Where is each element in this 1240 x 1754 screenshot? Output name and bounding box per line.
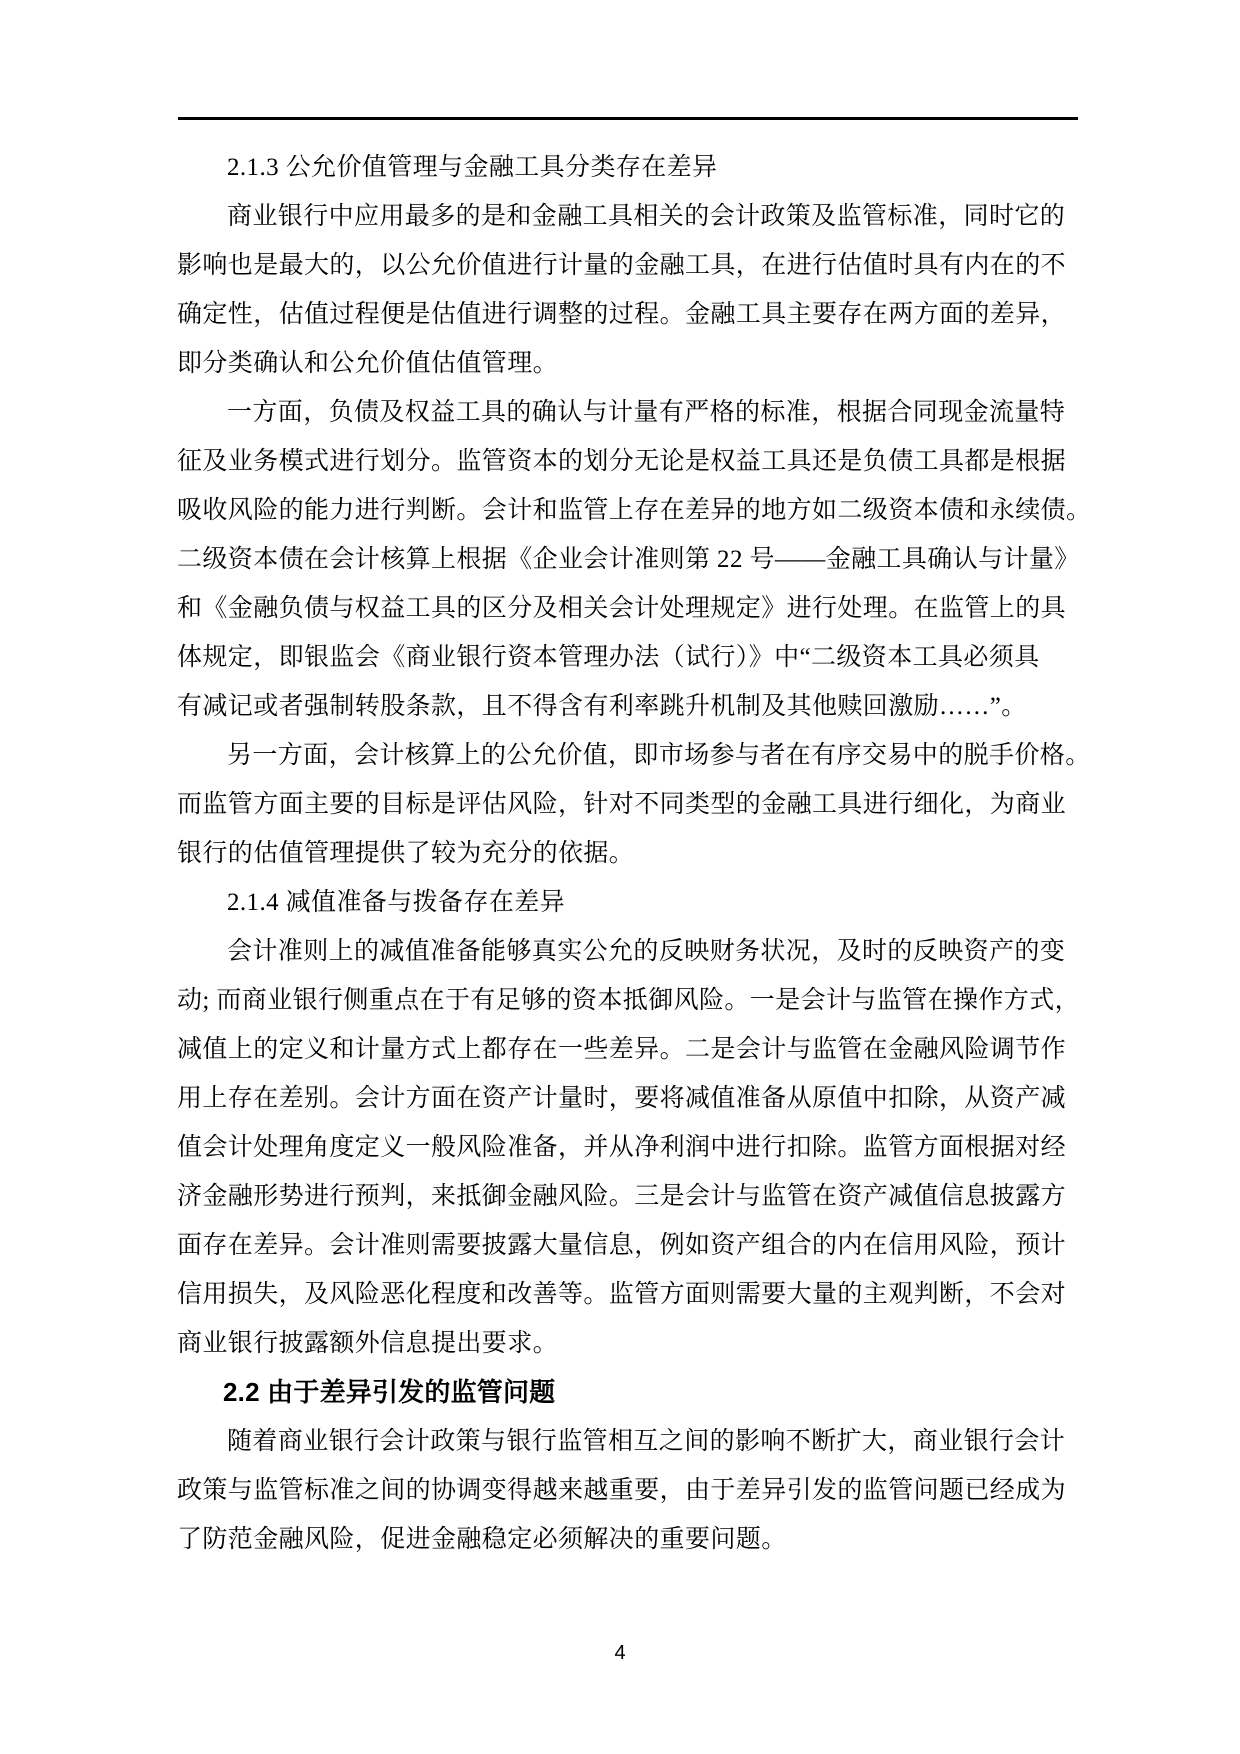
text-line: 商业银行披露额外信息提出要求。	[177, 1319, 1067, 1368]
document-page: 2.1.3 公允价值管理与金融工具分类存在差异商业银行中应用最多的是和金融工具相…	[0, 0, 1240, 1754]
text-line: 商业银行中应用最多的是和金融工具相关的会计政策及监管标准，同时它的	[177, 192, 1067, 241]
text-line: 会计准则上的减值准备能够真实公允的反映财务状况，及时的反映资产的变	[177, 927, 1067, 976]
text-line: 银行的估值管理提供了较为充分的依据。	[177, 829, 1067, 878]
document-content: 2.1.3 公允价值管理与金融工具分类存在差异商业银行中应用最多的是和金融工具相…	[177, 143, 1067, 1564]
header-rule	[178, 117, 1078, 120]
text-line: 另一方面，会计核算上的公允价值，即市场参与者在有序交易中的脱手价格。	[177, 731, 1067, 780]
text-line: 有减记或者强制转股条款，且不得含有利率跳升机制及其他赎回激励……”。	[177, 682, 1067, 731]
text-line: 二级资本债在会计核算上根据《企业会计准则第 22 号——金融工具确认与计量》	[177, 535, 1067, 584]
text-line: 了防范金融风险，促进金融稳定必须解决的重要问题。	[177, 1515, 1067, 1564]
page-number: 4	[0, 1642, 1240, 1665]
text-line: 即分类确认和公允价值估值管理。	[177, 339, 1067, 388]
text-line: 减值上的定义和计量方式上都存在一些差异。二是会计与监管在金融风险调节作	[177, 1025, 1067, 1074]
text-line: 面存在差异。会计准则需要披露大量信息，例如资产组合的内在信用风险，预计	[177, 1221, 1067, 1270]
section-heading: 2.1.3 公允价值管理与金融工具分类存在差异	[177, 143, 1067, 192]
section-heading: 2.2 由于差异引发的监管问题	[177, 1368, 1067, 1417]
text-line: 影响也是最大的，以公允价值进行计量的金融工具，在进行估值时具有内在的不	[177, 241, 1067, 290]
text-line: 济金融形势进行预判，来抵御金融风险。三是会计与监管在资产减值信息披露方	[177, 1172, 1067, 1221]
text-line: 值会计处理角度定义一般风险准备，并从净利润中进行扣除。监管方面根据对经	[177, 1123, 1067, 1172]
text-line: 确定性，估值过程便是估值进行调整的过程。金融工具主要存在两方面的差异，	[177, 290, 1067, 339]
section-heading: 2.1.4 减值准备与拨备存在差异	[177, 878, 1067, 927]
text-line: 征及业务模式进行划分。监管资本的划分无论是权益工具还是负债工具都是根据	[177, 437, 1067, 486]
text-line: 吸收风险的能力进行判断。会计和监管上存在差异的地方如二级资本债和永续债。	[177, 486, 1067, 535]
text-line: 政策与监管标准之间的协调变得越来越重要，由于差异引发的监管问题已经成为	[177, 1466, 1067, 1515]
text-line: 用上存在差别。会计方面在资产计量时，要将减值准备从原值中扣除，从资产减	[177, 1074, 1067, 1123]
text-line: 信用损失，及风险恶化程度和改善等。监管方面则需要大量的主观判断，不会对	[177, 1270, 1067, 1319]
text-line: 体规定，即银监会《商业银行资本管理办法（试行）》中“二级资本工具必须具	[177, 633, 1067, 682]
text-line: 而监管方面主要的目标是评估风险，针对不同类型的金融工具进行细化，为商业	[177, 780, 1067, 829]
text-line: 和《金融负债与权益工具的区分及相关会计处理规定》进行处理。在监管上的具	[177, 584, 1067, 633]
text-line: 动; 而商业银行侧重点在于有足够的资本抵御风险。一是会计与监管在操作方式，	[177, 976, 1067, 1025]
text-line: 随着商业银行会计政策与银行监管相互之间的影响不断扩大，商业银行会计	[177, 1417, 1067, 1466]
text-line: 一方面，负债及权益工具的确认与计量有严格的标准，根据合同现金流量特	[177, 388, 1067, 437]
